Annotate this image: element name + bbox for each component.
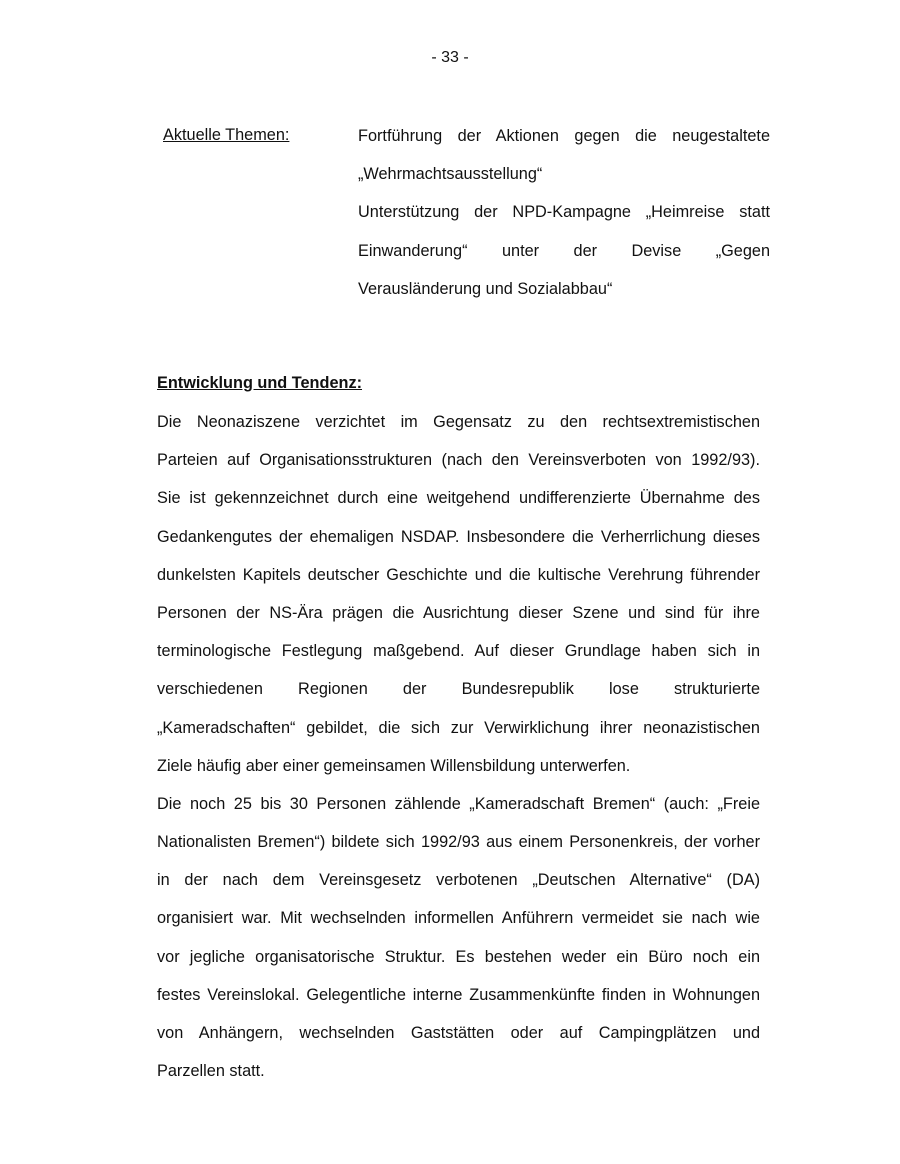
- text-line: Verausländerung und Sozialabbau“: [358, 279, 770, 317]
- text-line: Die Neonaziszene verzichtet im Gegensatz…: [157, 412, 760, 450]
- text-line: Parzellen statt.: [157, 1061, 760, 1099]
- text-line: organisiert war. Mit wechselnden informe…: [157, 908, 760, 946]
- section-body: Die Neonaziszene verzichtet im Gegensatz…: [157, 412, 760, 1099]
- text-line: Die noch 25 bis 30 Personen zählende „Ka…: [157, 794, 760, 832]
- text-line: von Anhängern, wechselnden Gaststätten o…: [157, 1023, 760, 1061]
- text-line: verschiedenen Regionen der Bundesrepubli…: [157, 679, 760, 717]
- text-line: dunkelsten Kapitels deutscher Geschichte…: [157, 565, 760, 603]
- text-line: Nationalisten Bremen“) bildete sich 1992…: [157, 832, 760, 870]
- text-line: in der nach dem Vereinsgesetz verbotenen…: [157, 870, 760, 908]
- page-number: - 33 -: [0, 49, 900, 67]
- section-heading: Entwicklung und Tendenz:: [157, 374, 362, 393]
- current-topics-label: Aktuelle Themen:: [163, 126, 289, 145]
- text-line: Einwanderung“ unter der Devise „Gegen: [358, 241, 770, 279]
- text-line: vor jegliche organisatorische Struktur. …: [157, 947, 760, 985]
- text-line: Ziele häufig aber einer gemeinsamen Will…: [157, 756, 760, 794]
- text-line: Fortführung der Aktionen gegen die neuge…: [358, 126, 770, 164]
- text-line: Parteien auf Organisationsstrukturen (na…: [157, 450, 760, 488]
- text-line: Unterstützung der NPD-Kampagne „Heimreis…: [358, 202, 770, 240]
- text-line: Personen der NS-Ära prägen die Ausrichtu…: [157, 603, 760, 641]
- text-line: „Wehrmachtsausstellung“: [358, 164, 770, 202]
- text-line: terminologische Festlegung maßgebend. Au…: [157, 641, 760, 679]
- text-line: Gedankengutes der ehemaligen NSDAP. Insb…: [157, 527, 760, 565]
- text-line: „Kameradschaften“ gebildet, die sich zur…: [157, 718, 760, 756]
- text-line: Sie ist gekennzeichnet durch eine weitge…: [157, 488, 760, 526]
- current-topics-text: Fortführung der Aktionen gegen die neuge…: [358, 126, 770, 317]
- text-line: festes Vereinslokal. Gelegentliche inter…: [157, 985, 760, 1023]
